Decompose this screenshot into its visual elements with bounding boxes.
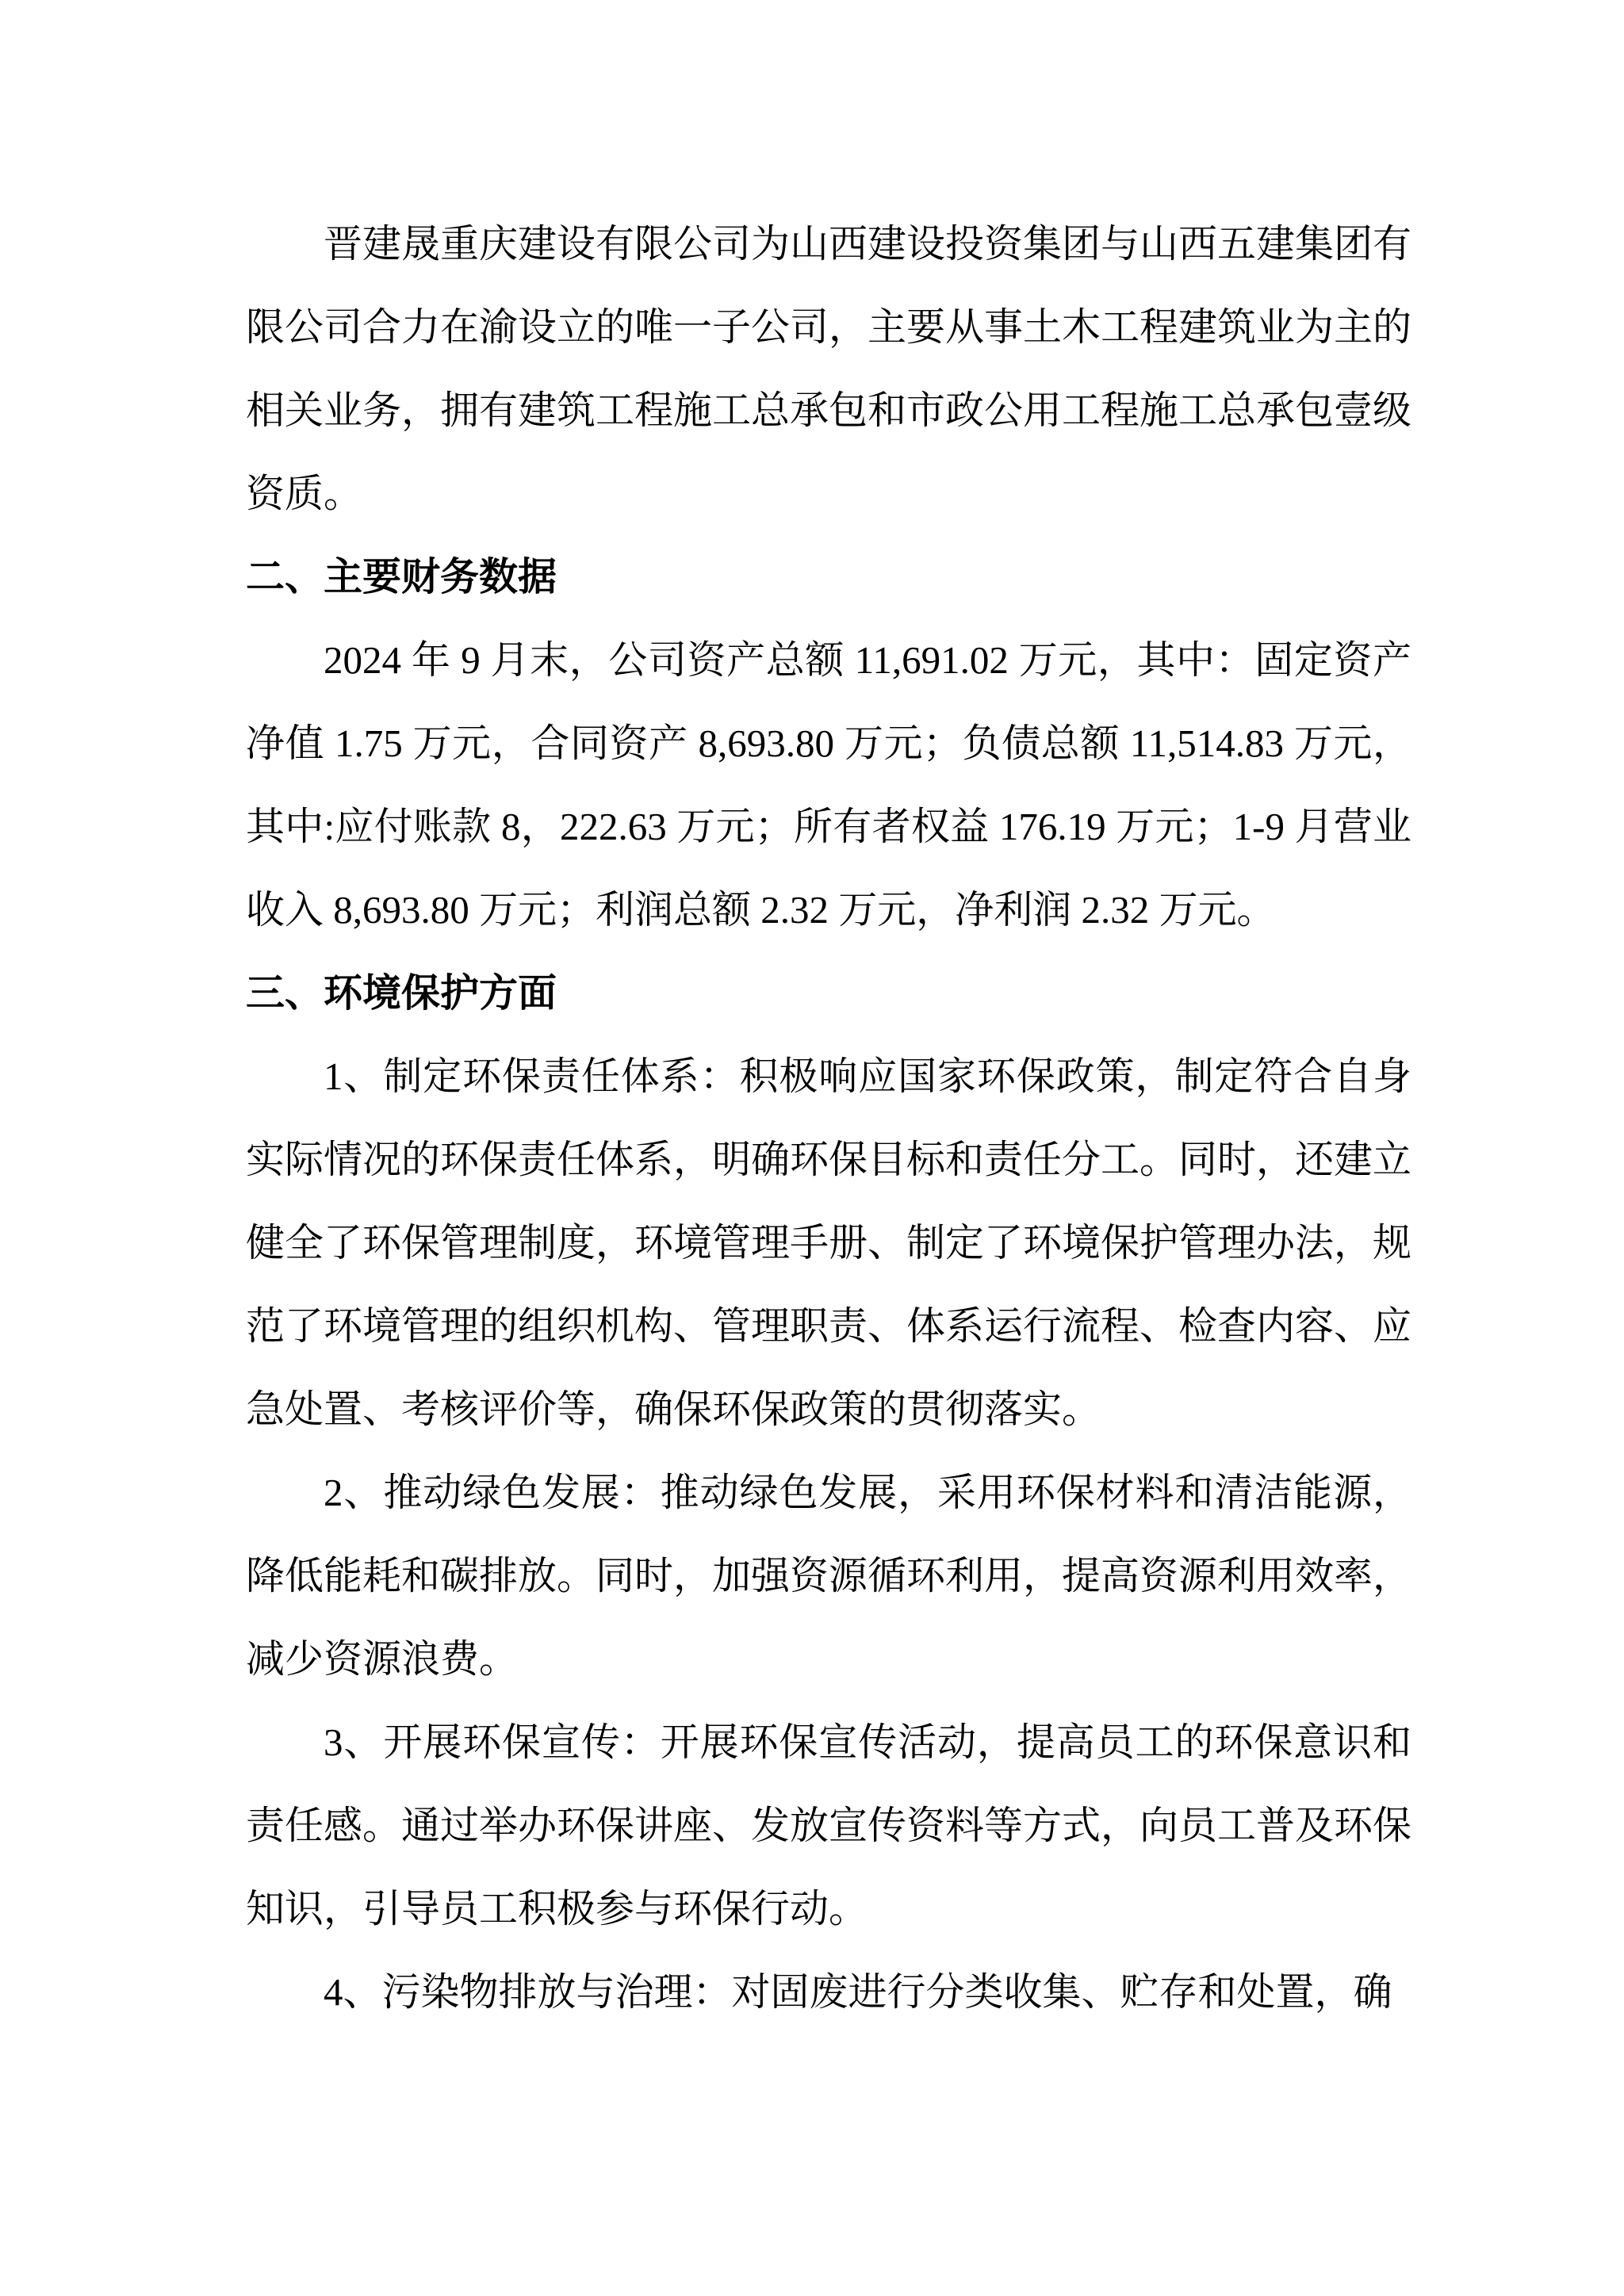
section-heading-financial-data: 二、主要财务数据 <box>246 535 1411 618</box>
section-heading-environmental-protection: 三、环境保护方面 <box>246 951 1411 1035</box>
document-page: 晋建晟重庆建设有限公司为山西建设投资集团与山西五建集团有限公司合力在渝设立的唯一… <box>0 0 1624 2296</box>
paragraph-company-intro: 晋建晟重庆建设有限公司为山西建设投资集团与山西五建集团有限公司合力在渝设立的唯一… <box>246 202 1411 535</box>
paragraph-financial-data: 2024 年 9 月末，公司资产总额 11,691.02 万元，其中：固定资产净… <box>246 618 1411 951</box>
paragraph-env-item-2-green-development: 2、推动绿色发展：推动绿色发展，采用环保材料和清洁能源，降低能耗和碳排放。同时，… <box>246 1451 1411 1701</box>
paragraph-env-item-4-pollutant-treatment: 4、污染物排放与治理：对固废进行分类收集、贮存和处置，确 <box>246 1950 1411 2034</box>
paragraph-env-item-1-responsibility-system: 1、制定环保责任体系：积极响应国家环保政策，制定符合自身实际情况的环保责任体系，… <box>246 1035 1411 1451</box>
document-text-body: 晋建晟重庆建设有限公司为山西建设投资集团与山西五建集团有限公司合力在渝设立的唯一… <box>246 202 1411 2034</box>
paragraph-env-item-3-publicity: 3、开展环保宣传：开展环保宣传活动，提高员工的环保意识和责任感。通过举办环保讲座… <box>246 1701 1411 1950</box>
